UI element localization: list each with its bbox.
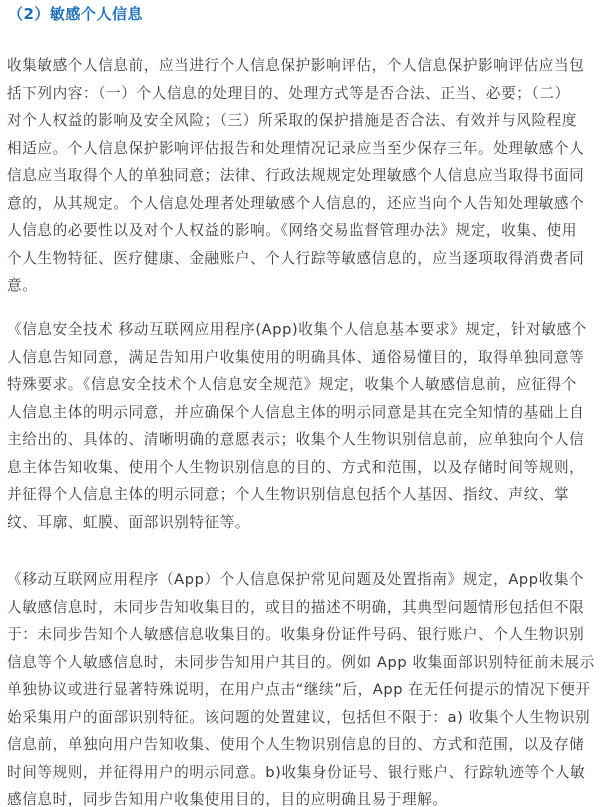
text-line: 并征得个人信息主体的明示同意；个人生物识别信息包括个人基因、指纹、声纹、掌 — [7, 481, 597, 509]
text-line: 时间等规则，并征得用户的明示同意。b)收集身份证号、银行账户、行踪轨迹等个人敏 — [7, 759, 597, 787]
text-line: 括下列内容：（一）个人信息的处理目的、处理方式等是否合法、正当、必要；（二） — [7, 80, 597, 108]
text-line: 人敏感信息时，未同步告知收集目的，或目的描述不明确，其典型问题情形包括但不限 — [7, 594, 597, 622]
text-line: 信息应当取得个人的单独同意；法律、行政法规规定处理敏感个人信息应当取得书面同 — [7, 162, 597, 190]
text-line: 《信息安全技术 移动互联网应用程序(App)收集个人信息基本要求》规定，针对敏感… — [7, 316, 597, 344]
text-line: 始采集用户的面部识别特征。该问题的处置建议，包括但不限于：a) 收集个人生物识别 — [7, 704, 597, 732]
text-line: 主给出的、具体的、清晰明确的意愿表示；收集个人生物识别信息前，应单独向个人信 — [7, 426, 597, 454]
text-line: 息主体告知收集、使用个人生物识别信息的目的、方式和范围，以及存储时间等规则， — [7, 454, 597, 482]
paragraph-security-standards: 《信息安全技术 移动互联网应用程序(App)收集个人信息基本要求》规定，针对敏感… — [7, 316, 597, 536]
text-line: 《移动互联网应用程序（App）个人信息保护常见问题及处置指南》规定，App收集个 — [7, 566, 597, 594]
text-line: 信息前，单独向用户告知收集、使用个人生物识别信息的目的、方式和范围，以及存储 — [7, 731, 597, 759]
text-line: 相适应。个人信息保护影响评估报告和处理情况记录应当至少保存三年。处理敏感个人 — [7, 135, 597, 163]
text-line: 特殊要求。《信息安全技术个人信息安全规范》规定，收集个人敏感信息前，应征得个 — [7, 371, 597, 399]
text-line: 意的，从其规定。个人信息处理者处理敏感个人信息的，还应当向个人告知处理敏感个 — [7, 190, 597, 218]
document-page: （2）敏感个人信息 收集敏感个人信息前，应当进行个人信息保护影响评估，个人信息保… — [0, 0, 600, 807]
text-line: 收集敏感个人信息前，应当进行个人信息保护影响评估，个人信息保护影响评估应当包 — [7, 52, 597, 80]
text-line: 意。 — [7, 272, 597, 300]
paragraph-app-guidelines: 《移动互联网应用程序（App）个人信息保护常见问题及处置指南》规定，App收集个… — [7, 566, 597, 807]
text-line: 信息等个人敏感信息时，未同步告知用户其目的。例如 App 收集面部识别特征前未展… — [7, 649, 597, 677]
text-line: 感信息时，同步告知用户收集使用目的，目的应明确且易于理解。 — [7, 786, 597, 807]
text-line: 人信息主体的明示同意，并应确保个人信息主体的明示同意是其在完全知情的基础上自 — [7, 399, 597, 427]
text-line: 人信息告知同意，满足告知用户收集使用的明确具体、通俗易懂目的，取得单独同意等 — [7, 344, 597, 372]
text-line: 对个人权益的影响及安全风险；（三）所采取的保护措施是否合法、有效并与风险程度 — [7, 107, 597, 135]
section-heading: （2）敏感个人信息 — [8, 2, 143, 26]
text-line: 个人生物特征、医疗健康、金融账户、个人行踪等敏感信息的，应当逐项取得消费者同 — [7, 245, 597, 273]
text-line: 于：未同步告知个人敏感信息收集目的。收集身份证件号码、银行账户、个人生物识别 — [7, 621, 597, 649]
text-line: 人信息的必要性以及对个人权益的影响。《网络交易监督管理办法》规定，收集、使用 — [7, 217, 597, 245]
text-line: 纹、耳廓、虹膜、面部识别特征等。 — [7, 509, 597, 537]
text-line: 单独协议或进行显著特殊说明，在用户点击“继续”后，App 在无任何提示的情况下便… — [7, 676, 597, 704]
paragraph-sensitive-info-assessment: 收集敏感个人信息前，应当进行个人信息保护影响评估，个人信息保护影响评估应当包 括… — [7, 52, 597, 300]
